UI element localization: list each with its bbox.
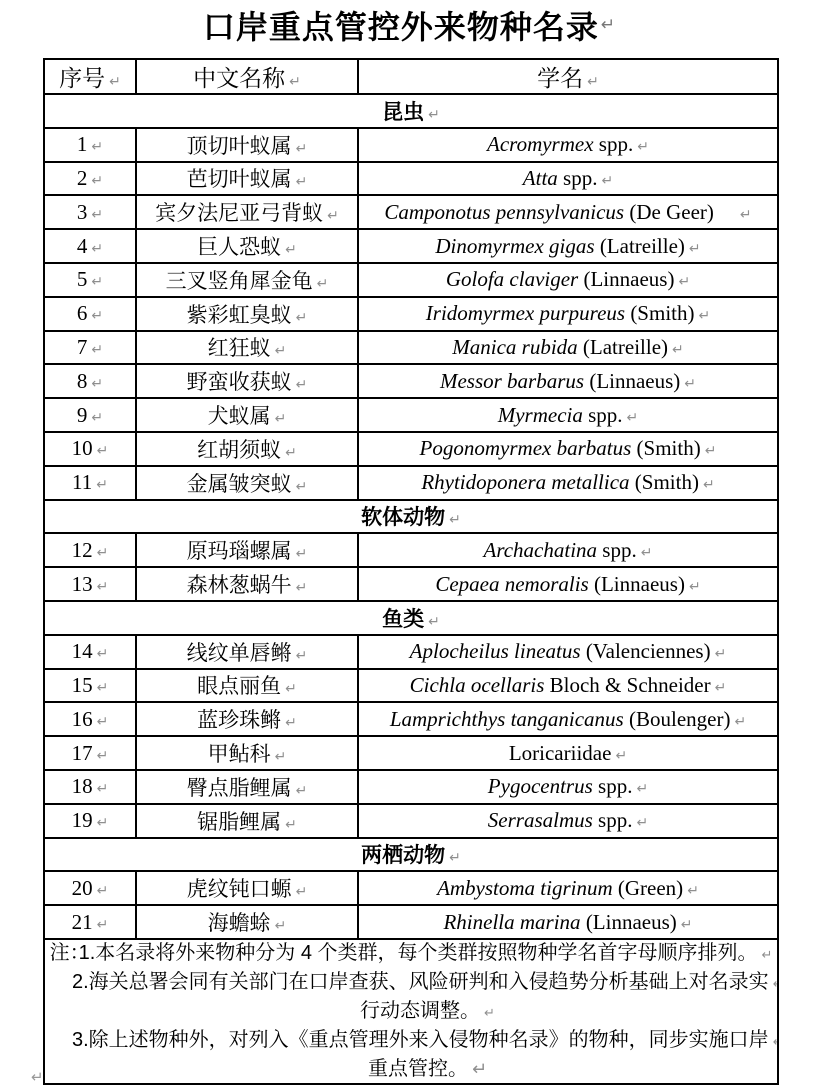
scientific-name-italic: Pygocentrus [488, 774, 593, 798]
scientific-name-rest: (Smith) [625, 301, 694, 325]
chinese-name: 锯脂鲤属 [197, 811, 281, 834]
notes-section: 注：1.本名录将外来物种分为 4 个类群，每个类群按照物种学名首字母顺序排列。↵… [44, 939, 778, 1084]
chinese-name-cell: 野蛮收获蚁↵ [136, 364, 358, 398]
note-text: 3.除上述物种外，对列入《重点管理外来入侵物种名录》的物种，同步实施口岸 [72, 1029, 769, 1051]
scientific-name-rest: Loricariidae [509, 741, 612, 765]
header-chinese-name: 中文名称↵ [136, 59, 358, 94]
scientific-name-rest: (Smith) [631, 436, 700, 460]
page-title: 口岸重点管控外来物种名录↵ [0, 0, 819, 50]
paragraph-mark-icon: ↵ [91, 376, 103, 392]
paragraph-mark-icon: ↵ [681, 917, 693, 933]
note-line: 重点管控。↵ [45, 1056, 777, 1083]
notes-cell: 注：1.本名录将外来物种分为 4 个类群，每个类群按照物种学名首字母顺序排列。↵… [44, 939, 778, 1084]
scientific-name-cell: Golofa claviger (Linnaeus)↵ [358, 263, 778, 297]
row-number: 6 [77, 301, 88, 325]
paragraph-mark-icon: ↵ [428, 107, 440, 123]
chinese-name-cell: 森林葱蜗牛↵ [136, 567, 358, 601]
table-row: 19↵锯脂鲤属↵Serrasalmus spp.↵ [44, 804, 778, 838]
chinese-name-cell: 眼点丽鱼↵ [136, 669, 358, 703]
paragraph-mark-icon: ↵ [97, 748, 109, 764]
paragraph-mark-icon: ↵ [91, 139, 103, 155]
row-number: 20 [72, 876, 93, 900]
paragraph-mark-icon: ↵ [97, 917, 109, 933]
row-number-cell: 5↵ [44, 263, 136, 297]
scientific-name-italic: Dinomyrmex gigas [435, 234, 594, 258]
scientific-name-rest: spp. [593, 774, 633, 798]
paragraph-mark-icon: ↵ [296, 310, 308, 326]
header-scientific-name: 学名↵ [358, 59, 778, 94]
paragraph-mark-icon: ↵ [703, 477, 715, 493]
row-number-cell: 8↵ [44, 364, 136, 398]
paragraph-mark-icon: ↵ [689, 241, 701, 257]
row-number-cell: 17↵ [44, 736, 136, 770]
paragraph-mark-icon: ↵ [317, 276, 329, 292]
chinese-name-cell: 金属皱突蚁↵ [136, 466, 358, 500]
chinese-name-cell: 顶切叶蚁属↵ [136, 128, 358, 162]
row-number: 19 [72, 808, 93, 832]
row-number-cell: 11↵ [44, 466, 136, 500]
category-text: 昆虫 [382, 101, 424, 124]
chinese-name: 森林葱蜗牛 [187, 574, 292, 597]
paragraph-mark-icon: ↵ [672, 342, 684, 358]
scientific-name-italic: Cichla ocellaris [410, 673, 545, 697]
chinese-name-cell: 虎纹钝口螈↵ [136, 871, 358, 905]
row-number: 11 [72, 470, 92, 494]
paragraph-mark-icon: ↵ [275, 411, 287, 427]
scientific-name-cell: Ambystoma tigrinum (Green)↵ [358, 871, 778, 905]
paragraph-mark-icon: ↵ [285, 445, 297, 461]
row-number: 4 [77, 234, 88, 258]
row-number: 8 [77, 369, 88, 393]
scientific-name-rest: (Boulenger) [624, 707, 731, 731]
chinese-name: 金属皱突蚁 [187, 473, 292, 496]
row-number: 16 [72, 707, 93, 731]
row-number: 1 [77, 132, 88, 156]
scientific-name-rest: spp. [597, 538, 637, 562]
chinese-name: 线纹单唇鳉 [187, 642, 292, 665]
paragraph-mark-icon: ↵ [715, 646, 727, 662]
scientific-name-cell: Cepaea nemoralis (Linnaeus)↵ [358, 567, 778, 601]
chinese-name-cell: 海蟾蜍↵ [136, 905, 358, 939]
paragraph-mark-icon: ↵ [97, 443, 109, 459]
chinese-name: 犬蚁属 [208, 405, 271, 428]
scientific-name-cell: Loricariidae↵ [358, 736, 778, 770]
chinese-name: 蓝珍珠鳉 [197, 709, 281, 732]
row-number-cell: 15↵ [44, 669, 136, 703]
row-number-cell: 1↵ [44, 128, 136, 162]
paragraph-mark-icon: ↵ [296, 479, 308, 495]
row-number-cell: 21↵ [44, 905, 136, 939]
scientific-name-cell: Myrmecia spp.↵ [358, 398, 778, 432]
paragraph-mark-icon: ↵ [97, 646, 109, 662]
document-page: 口岸重点管控外来物种名录↵ 序号↵ 中文名称↵ 学名↵ 昆虫↵1↵顶切叶蚁属↵A… [0, 0, 819, 1089]
scientific-name-cell: Acromyrmex spp.↵ [358, 128, 778, 162]
paragraph-mark-icon: ↵ [91, 173, 103, 189]
scientific-name-italic: Rhytidoponera metallica [421, 470, 629, 494]
table-row: 4↵巨人恐蚁↵Dinomyrmex gigas (Latreille)↵ [44, 229, 778, 263]
chinese-name: 红胡须蚁 [197, 439, 281, 462]
paragraph-mark-icon: ↵ [91, 241, 103, 257]
scientific-name-rest: spp. [583, 403, 623, 427]
chinese-name-cell: 三叉竖角犀金龟↵ [136, 263, 358, 297]
scientific-name-rest: spp. [558, 166, 598, 190]
paragraph-mark-icon: ↵ [285, 715, 297, 731]
paragraph-mark-icon: ↵ [285, 681, 297, 697]
paragraph-mark-icon: ↵ [97, 579, 109, 595]
scientific-name-italic: Ambystoma tigrinum [437, 876, 613, 900]
table-row: 11↵金属皱突蚁↵Rhytidoponera metallica (Smith)… [44, 466, 778, 500]
note-text: 2.海关总署会同有关部门在口岸查获、风险研判和入侵趋势分析基础上对名录实 [72, 971, 769, 993]
scientific-name-cell: Lamprichthys tanganicanus (Boulenger)↵ [358, 702, 778, 736]
scientific-name-rest: (Linnaeus) [578, 267, 674, 291]
paragraph-mark-icon: ↵ [698, 308, 710, 324]
paragraph-mark-icon: ↵ [428, 614, 440, 630]
paragraph-mark-icon: ↵ [734, 714, 746, 730]
paragraph-mark-icon: ↵ [449, 850, 461, 866]
chinese-name-cell: 犬蚁属↵ [136, 398, 358, 432]
row-number: 15 [72, 673, 93, 697]
category-row: 鱼类↵ [44, 601, 778, 635]
row-number-cell: 7↵ [44, 331, 136, 365]
row-number-cell: 10↵ [44, 432, 136, 466]
table-row: 10↵红胡须蚁↵Pogonomyrmex barbatus (Smith)↵ [44, 432, 778, 466]
paragraph-mark-icon: ↵ [601, 15, 616, 35]
paragraph-mark-icon: ↵ [97, 883, 109, 899]
row-number: 3 [77, 200, 88, 224]
row-number: 18 [72, 774, 93, 798]
paragraph-mark-icon: ↵ [285, 817, 297, 833]
table-row: 18↵臀点脂鲤属↵Pygocentrus spp.↵ [44, 770, 778, 804]
paragraph-mark-icon: ↵ [296, 783, 308, 799]
row-number: 7 [77, 335, 88, 359]
table-row: 14↵线纹单唇鳉↵Aplocheilus lineatus (Valencien… [44, 635, 778, 669]
paragraph-mark-icon: ↵ [641, 545, 653, 561]
table-row: 3↵宾夕法尼亚弓背蚁↵Camponotus pennsylvanicus (De… [44, 195, 778, 229]
scientific-name-italic: Pogonomyrmex barbatus [420, 436, 632, 460]
scientific-name-italic: Lamprichthys tanganicanus [390, 707, 624, 731]
scientific-name-cell: Camponotus pennsylvanicus (De Geer)↵ [358, 195, 778, 229]
scientific-name-cell: Manica rubida (Latreille)↵ [358, 331, 778, 365]
chinese-name: 宾夕法尼亚弓背蚁 [155, 202, 323, 225]
scientific-name-cell: Messor barbarus (Linnaeus)↵ [358, 364, 778, 398]
chinese-name: 甲鲇科 [208, 743, 271, 766]
scientific-name-rest: Bloch & Schneider [544, 673, 710, 697]
scientific-name-rest: (Latreille) [578, 335, 668, 359]
paragraph-mark-icon: ↵ [627, 410, 639, 426]
paragraph-mark-icon: ↵ [91, 410, 103, 426]
paragraph-mark-icon: ↵ [96, 477, 108, 493]
category-text: 两栖动物 [361, 844, 445, 867]
scientific-name-italic: Acromyrmex [487, 132, 594, 156]
chinese-name-cell: 线纹单唇鳉↵ [136, 635, 358, 669]
row-number-cell: 9↵ [44, 398, 136, 432]
paragraph-mark-icon: ↵ [275, 343, 287, 359]
paragraph-mark-icon: ↵ [636, 781, 648, 797]
scientific-name-italic: Serrasalmus [488, 808, 593, 832]
paragraph-mark-icon: ↵ [327, 208, 339, 224]
scientific-name-italic: Messor barbarus [440, 369, 584, 393]
paragraph-mark-icon: ↵ [97, 714, 109, 730]
scientific-name-italic: Rhinella marina [443, 910, 580, 934]
species-table: 序号↵ 中文名称↵ 学名↵ 昆虫↵1↵顶切叶蚁属↵Acromyrmex spp.… [43, 58, 779, 1085]
chinese-name-cell: 宾夕法尼亚弓背蚁↵ [136, 195, 358, 229]
category-label: 鱼类↵ [44, 601, 778, 635]
paragraph-mark-icon: ↵ [484, 1006, 495, 1021]
note-text: 重点管控。 [368, 1058, 468, 1080]
paragraph-mark-icon: ↵ [684, 376, 696, 392]
chinese-name: 红狂蚁 [208, 337, 271, 360]
scientific-name-italic: Atta [523, 166, 558, 190]
scientific-name-cell: Atta spp.↵ [358, 162, 778, 196]
chinese-name: 海蟾蜍 [208, 912, 271, 935]
paragraph-mark-icon: ↵ [615, 748, 627, 764]
paragraph-mark-icon: ↵ [678, 274, 690, 290]
scientific-name-italic: Iridomyrmex purpureus [426, 301, 625, 325]
scientific-name-rest: (De Geer) [624, 200, 714, 224]
notes-row: 注：1.本名录将外来物种分为 4 个类群，每个类群按照物种学名首字母顺序排列。↵… [44, 939, 778, 1084]
paragraph-mark-icon: ↵ [275, 918, 287, 934]
table-row: 17↵甲鲇科↵Loricariidae↵ [44, 736, 778, 770]
paragraph-mark-icon: ↵ [285, 242, 297, 258]
table-row: 1↵顶切叶蚁属↵Acromyrmex spp.↵ [44, 128, 778, 162]
category-row: 软体动物↵ [44, 500, 778, 534]
paragraph-mark-icon: ↵ [296, 141, 308, 157]
paragraph-mark-icon: ↵ [762, 948, 773, 963]
chinese-name-cell: 臀点脂鲤属↵ [136, 770, 358, 804]
category-label: 两栖动物↵ [44, 838, 778, 872]
scientific-name-rest: (Latreille) [595, 234, 685, 258]
scientific-name-rest: (Linnaeus) [581, 910, 677, 934]
paragraph-mark-icon: ↵ [773, 977, 778, 992]
paragraph-mark-icon: ↵ [601, 173, 613, 189]
header-serial-number: 序号↵ [44, 59, 136, 94]
table-row: 5↵三叉竖角犀金龟↵Golofa claviger (Linnaeus)↵ [44, 263, 778, 297]
paragraph-mark-icon: ↵ [31, 1068, 44, 1086]
table-header-row: 序号↵ 中文名称↵ 学名↵ [44, 59, 778, 94]
scientific-name-italic: Cepaea nemoralis [435, 572, 588, 596]
chinese-name-cell: 原玛瑙螺属↵ [136, 533, 358, 567]
note-line: 3.除上述物种外，对列入《重点管理外来入侵物种名录》的物种，同步实施口岸↵ [45, 1027, 777, 1056]
chinese-name: 野蛮收获蚁 [187, 371, 292, 394]
row-number: 2 [77, 166, 88, 190]
page-title-text: 口岸重点管控外来物种名录 [203, 2, 599, 48]
chinese-name: 原玛瑙螺属 [187, 540, 292, 563]
scientific-name-cell: Serrasalmus spp.↵ [358, 804, 778, 838]
scientific-name-rest: (Linnaeus) [589, 572, 685, 596]
paragraph-mark-icon: ↵ [773, 1035, 778, 1050]
paragraph-mark-icon: ↵ [97, 815, 109, 831]
chinese-name-cell: 蓝珍珠鳉↵ [136, 702, 358, 736]
chinese-name: 臀点脂鲤属 [187, 777, 292, 800]
table-row: 8↵野蛮收获蚁↵Messor barbarus (Linnaeus)↵ [44, 364, 778, 398]
table-row: 15↵眼点丽鱼↵Cichla ocellaris Bloch & Schneid… [44, 669, 778, 703]
table-row: 16↵蓝珍珠鳉↵Lamprichthys tanganicanus (Boule… [44, 702, 778, 736]
note-text: 1.本名录将外来物种分为 4 个类群，每个类群按照物种学名首字母顺序排列。 [79, 942, 758, 964]
scientific-name-rest: (Valenciennes) [581, 639, 711, 663]
scientific-name-cell: Dinomyrmex gigas (Latreille)↵ [358, 229, 778, 263]
paragraph-mark-icon: ↵ [687, 883, 699, 899]
row-number-cell: 13↵ [44, 567, 136, 601]
row-number: 10 [72, 436, 93, 460]
paragraph-mark-icon: ↵ [296, 174, 308, 190]
paragraph-mark-icon: ↵ [97, 680, 109, 696]
table-row: 9↵犬蚁属↵Myrmecia spp.↵ [44, 398, 778, 432]
chinese-name-cell: 芭切叶蚁属↵ [136, 162, 358, 196]
paragraph-mark-icon: ↵ [91, 308, 103, 324]
paragraph-mark-icon: ↵ [97, 545, 109, 561]
paragraph-mark-icon: ↵ [91, 274, 103, 290]
scientific-name-cell: Rhinella marina (Linnaeus)↵ [358, 905, 778, 939]
chinese-name: 虎纹钝口螈 [187, 878, 292, 901]
paragraph-mark-icon: ↵ [296, 546, 308, 562]
scientific-name-italic: Archachatina [484, 538, 598, 562]
chinese-name: 芭切叶蚁属 [187, 168, 292, 191]
scientific-name-italic: Myrmecia [498, 403, 583, 427]
table-row: 7↵红狂蚁↵Manica rubida (Latreille)↵ [44, 331, 778, 365]
table-row: 2↵芭切叶蚁属↵Atta spp.↵ [44, 162, 778, 196]
chinese-name: 顶切叶蚁属 [187, 135, 292, 158]
paragraph-mark-icon: ↵ [449, 512, 461, 528]
category-label: 昆虫↵ [44, 94, 778, 128]
category-text: 软体动物 [361, 506, 445, 529]
row-number-cell: 4↵ [44, 229, 136, 263]
scientific-name-cell: Pogonomyrmex barbatus (Smith)↵ [358, 432, 778, 466]
row-number-cell: 18↵ [44, 770, 136, 804]
table-row: 20↵虎纹钝口螈↵Ambystoma tigrinum (Green)↵ [44, 871, 778, 905]
chinese-name-cell: 锯脂鲤属↵ [136, 804, 358, 838]
note-line: 2.海关总署会同有关部门在口岸查获、风险研判和入侵趋势分析基础上对名录实↵ [45, 969, 777, 998]
paragraph-mark-icon: ↵ [587, 74, 599, 90]
paragraph-mark-icon: ↵ [296, 648, 308, 664]
note-text: 行动态调整。 [360, 1000, 480, 1022]
scientific-name-italic: Golofa claviger [446, 267, 578, 291]
table-row: 12↵原玛瑙螺属↵Archachatina spp.↵ [44, 533, 778, 567]
scientific-name-cell: Archachatina spp.↵ [358, 533, 778, 567]
category-row: 两栖动物↵ [44, 838, 778, 872]
row-number-cell: 3↵ [44, 195, 136, 229]
chinese-name-cell: 甲鲇科↵ [136, 736, 358, 770]
row-number-cell: 14↵ [44, 635, 136, 669]
table-row: 21↵海蟾蜍↵Rhinella marina (Linnaeus)↵ [44, 905, 778, 939]
scientific-name-italic: Manica rubida [452, 335, 577, 359]
row-number: 12 [72, 538, 93, 562]
category-label: 软体动物↵ [44, 500, 778, 534]
chinese-name: 三叉竖角犀金龟 [166, 270, 313, 293]
row-number: 21 [72, 910, 93, 934]
row-number-cell: 12↵ [44, 533, 136, 567]
paragraph-mark-icon: ↵ [289, 74, 301, 90]
paragraph-mark-icon: ↵ [740, 207, 752, 223]
scientific-name-italic: Aplocheilus lineatus [410, 639, 581, 663]
scientific-name-rest: spp. [594, 132, 634, 156]
table-row: 13↵森林葱蜗牛↵Cepaea nemoralis (Linnaeus)↵ [44, 567, 778, 601]
row-number: 9 [77, 403, 88, 427]
row-number-cell: 2↵ [44, 162, 136, 196]
row-number: 14 [72, 639, 93, 663]
scientific-name-rest: (Smith) [630, 470, 699, 494]
note-line: 注：1.本名录将外来物种分为 4 个类群，每个类群按照物种学名首字母顺序排列。↵ [45, 940, 777, 969]
paragraph-mark-icon: ↵ [296, 377, 308, 393]
scientific-name-cell: Rhytidoponera metallica (Smith)↵ [358, 466, 778, 500]
scientific-name-cell: Aplocheilus lineatus (Valenciennes)↵ [358, 635, 778, 669]
chinese-name: 巨人恐蚁 [197, 236, 281, 259]
chinese-name-cell: 巨人恐蚁↵ [136, 229, 358, 263]
paragraph-mark-icon: ↵ [97, 781, 109, 797]
paragraph-mark-icon: ↵ [636, 815, 648, 831]
chinese-name-cell: 红胡须蚁↵ [136, 432, 358, 466]
paragraph-mark-icon: ↵ [296, 580, 308, 596]
row-number-cell: 6↵ [44, 297, 136, 331]
paragraph-mark-icon: ↵ [472, 1059, 487, 1080]
note-prefix: 注： [50, 940, 79, 966]
paragraph-mark-icon: ↵ [91, 207, 103, 223]
row-number: 5 [77, 267, 88, 291]
chinese-name: 紫彩虹臭蚁 [187, 304, 292, 327]
table-row: 6↵紫彩虹臭蚁↵Iridomyrmex purpureus (Smith)↵ [44, 297, 778, 331]
chinese-name-cell: 红狂蚁↵ [136, 331, 358, 365]
table-header: 序号↵ 中文名称↵ 学名↵ [44, 59, 778, 94]
scientific-name-cell: Cichla ocellaris Bloch & Schneider↵ [358, 669, 778, 703]
scientific-name-rest: spp. [593, 808, 633, 832]
paragraph-mark-icon: ↵ [637, 139, 649, 155]
paragraph-mark-icon: ↵ [275, 749, 287, 765]
note-line: 行动态调整。↵ [45, 998, 777, 1027]
chinese-name: 眼点丽鱼 [197, 675, 281, 698]
scientific-name-cell: Pygocentrus spp.↵ [358, 770, 778, 804]
category-text: 鱼类 [382, 608, 424, 631]
paragraph-mark-icon: ↵ [296, 884, 308, 900]
paragraph-mark-icon: ↵ [705, 443, 717, 459]
scientific-name-rest: (Green) [613, 876, 684, 900]
row-number-cell: 19↵ [44, 804, 136, 838]
row-number-cell: 20↵ [44, 871, 136, 905]
scientific-name-italic: Camponotus pennsylvanicus [384, 200, 624, 224]
species-table-body: 昆虫↵1↵顶切叶蚁属↵Acromyrmex spp.↵2↵芭切叶蚁属↵Atta … [44, 94, 778, 939]
scientific-name-cell: Iridomyrmex purpureus (Smith)↵ [358, 297, 778, 331]
row-number-cell: 16↵ [44, 702, 136, 736]
scientific-name-rest: (Linnaeus) [584, 369, 680, 393]
chinese-name-cell: 紫彩虹臭蚁↵ [136, 297, 358, 331]
category-row: 昆虫↵ [44, 94, 778, 128]
row-number: 13 [72, 572, 93, 596]
paragraph-mark-icon: ↵ [109, 74, 121, 90]
row-number: 17 [72, 741, 93, 765]
paragraph-mark-icon: ↵ [91, 342, 103, 358]
paragraph-mark-icon: ↵ [715, 680, 727, 696]
paragraph-mark-icon: ↵ [689, 579, 701, 595]
